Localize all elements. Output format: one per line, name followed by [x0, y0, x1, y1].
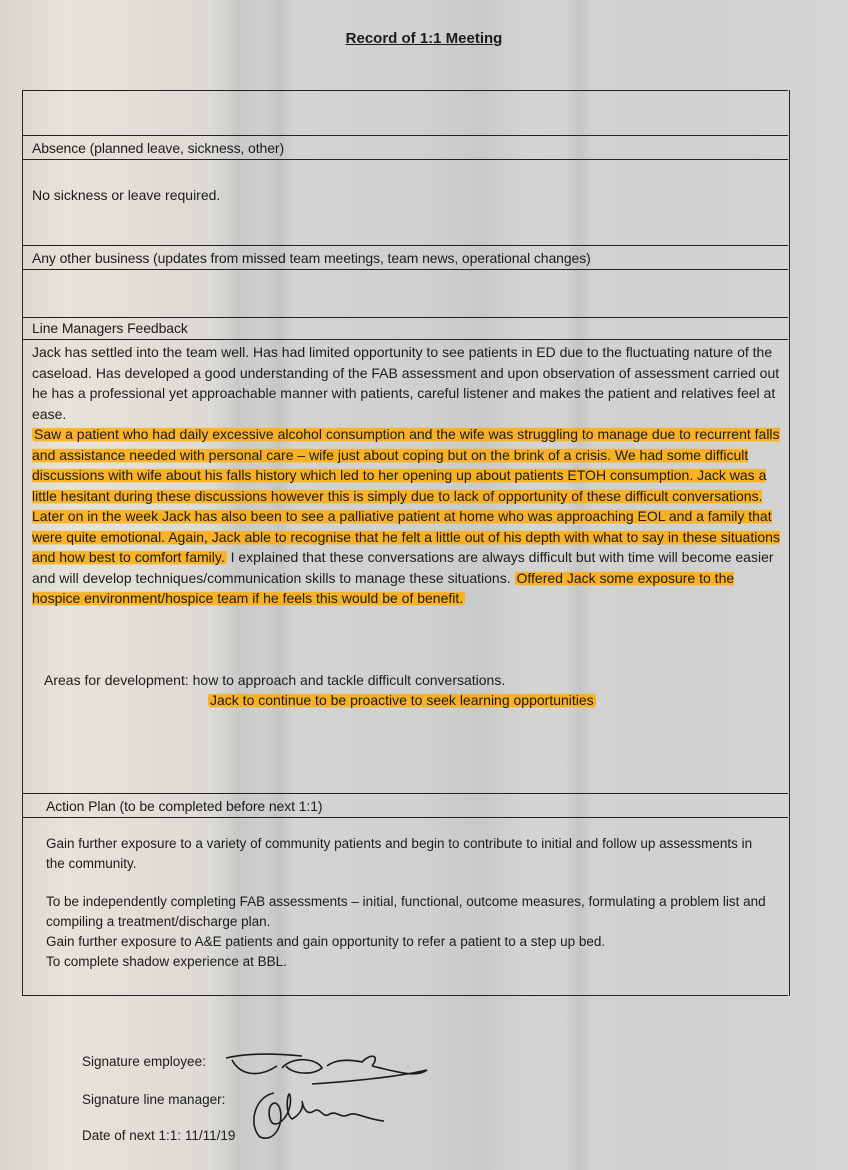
action-plan-header-row: Action Plan (to be completed before next…: [22, 793, 788, 817]
document-page: Record of 1:1 Meeting Absence (planned l…: [0, 0, 848, 1170]
feedback-content-row: Jack has settled into the team well. Has…: [22, 339, 788, 793]
next-date-value: 11/11/19: [185, 1128, 236, 1143]
document-title: Record of 1:1 Meeting: [0, 30, 848, 47]
feedback-header-row: Line Managers Feedback: [22, 317, 788, 339]
action-item: To complete shadow experience at BBL.: [46, 952, 766, 972]
action-item: Gain further exposure to A&E patients an…: [46, 932, 766, 952]
top-blank-row: [22, 90, 788, 135]
aob-header-row: Any other business (updates from missed …: [22, 245, 788, 269]
absence-content: No sickness or leave required.: [32, 185, 220, 206]
absence-header-row: Absence (planned leave, sickness, other): [22, 135, 788, 159]
manager-signature: [244, 1085, 394, 1145]
highlighted-feedback: Saw a patient who had daily excessive al…: [32, 426, 780, 565]
action-plan-list: Gain further exposure to a variety of co…: [46, 834, 766, 972]
manager-signature-label: Signature line manager:: [82, 1092, 225, 1107]
action-plan-header: Action Plan (to be completed before next…: [22, 794, 788, 814]
feedback-text: Jack has settled into the team well. Has…: [32, 342, 784, 609]
action-plan-content-row: Gain further exposure to a variety of co…: [22, 817, 788, 996]
employee-signature-label: Signature employee:: [82, 1054, 206, 1069]
areas-highlight: Jack to continue to be proactive to seek…: [208, 692, 596, 708]
aob-header: Any other business (updates from missed …: [22, 246, 788, 266]
next-date-label: Date of next 1:1:: [82, 1128, 181, 1143]
aob-content-row: [22, 269, 788, 317]
areas-highlight-wrap: Jack to continue to be proactive to seek…: [208, 690, 596, 711]
action-item: To be independently completing FAB asses…: [46, 892, 766, 932]
absence-header: Absence (planned leave, sickness, other): [22, 136, 788, 156]
absence-content-row: No sickness or leave required.: [22, 159, 788, 245]
employee-signature: [222, 1048, 432, 1088]
feedback-paragraph: Jack has settled into the team well. Has…: [32, 342, 784, 424]
action-item: Gain further exposure to a variety of co…: [46, 834, 766, 874]
next-meeting-date: Date of next 1:1: 11/11/19: [82, 1128, 235, 1143]
areas-for-development: Areas for development: how to approach a…: [44, 670, 505, 691]
feedback-header: Line Managers Feedback: [22, 318, 788, 336]
